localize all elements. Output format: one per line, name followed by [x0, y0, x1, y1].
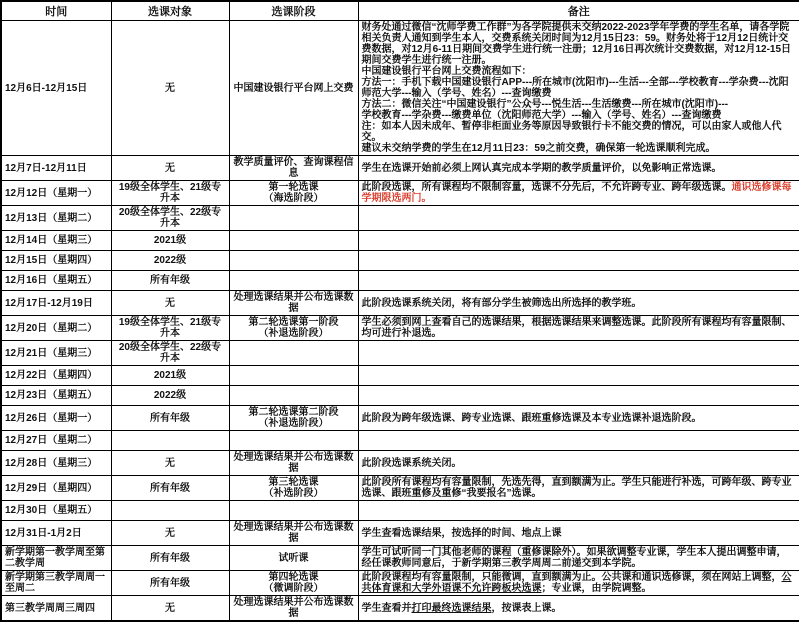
note-segment: 此阶段为跨年级选课、跨专业选课、跟班重修选课及本专业选课补退选阶段。 [362, 413, 702, 424]
phase-cell [229, 431, 358, 451]
time-cell: 12月21日（星期三） [1, 341, 111, 366]
target-cell: 无 [111, 451, 229, 476]
note-cell [358, 271, 799, 291]
target-cell: 所有年级 [111, 571, 229, 596]
note-segment: 此阶段选课，所有课程均不限制容量，选课不分先后，不允许跨专业、跨年级选课。 [362, 182, 732, 193]
header-row: 时间 选课对象 选课阶段 备注 [1, 1, 799, 21]
phase-cell: 第四轮选课 （微调阶段） [229, 571, 358, 596]
time-cell: 新学期第一教学周至第二教学周 [1, 546, 111, 571]
time-cell: 12月17日-12月19日 [1, 291, 111, 316]
table-row: 12月21日（星期三）20级全体学生、22级专升本 [1, 341, 799, 366]
phase-cell [229, 341, 358, 366]
time-cell: 12月29日（星期四） [1, 476, 111, 501]
target-cell: 20级全体学生、22级专升本 [111, 341, 229, 366]
col-header-note: 备注 [358, 1, 799, 21]
col-header-target: 选课对象 [111, 1, 229, 21]
note-segment: 学生查看并 [362, 603, 412, 614]
target-cell [111, 431, 229, 451]
course-selection-schedule-page: 时间 选课对象 选课阶段 备注 12月6日-12月15日无中国建设银行平台网上交… [0, 0, 799, 622]
note-segment: 打印最终选课结果 [412, 603, 492, 614]
target-cell: 20级全体学生、22级专升本 [111, 206, 229, 231]
time-cell: 12月23日（星期五） [1, 386, 111, 406]
note-cell: 此阶段为跨年级选课、跨专业选课、跟班重修选课及本专业选课补退选阶段。 [358, 406, 799, 431]
note-cell [358, 231, 799, 251]
time-cell: 第三教学周周三周四 [1, 596, 111, 622]
target-cell: 19级全体学生、21级专升本 [111, 181, 229, 206]
note-segment: ；专业课，由学院调整。 [542, 583, 652, 594]
note-cell: 财务处通过微信“沈师学费工作群”为各学院提供未交纳2022-2023学年学费的学… [358, 21, 799, 156]
target-cell: 无 [111, 156, 229, 181]
table-row: 12月12日（星期一）19级全体学生、21级专升本第一轮选课 （海选阶段）此阶段… [1, 181, 799, 206]
table-row: 12月31日-1月2日无处理选课结果并公布选课数据学生查看选课结果，按选择的时间… [1, 521, 799, 546]
phase-cell: 处理选课结果并公布选课数据 [229, 521, 358, 546]
phase-cell: 处理选课结果并公布选课数据 [229, 291, 358, 316]
table-row: 12月28日（星期三）无处理选课结果并公布选课数据此阶段选课系统关闭。 [1, 451, 799, 476]
note-cell [358, 366, 799, 386]
phase-cell [229, 386, 358, 406]
note-segment: 此阶段选课系统关闭。 [362, 458, 462, 469]
note-segment: 学生在选课开始前必须上网认真完成本学期的教学质量评价，以免影响正常选课。 [362, 163, 722, 174]
col-header-phase: 选课阶段 [229, 1, 358, 21]
note-segment: 此阶段所有课程均有容量限制，先选先得，直到额满为止。学生只能进行补选，可跨年级、… [362, 477, 792, 499]
target-cell: 19级全体学生、21级专升本 [111, 316, 229, 341]
note-segment: 此阶段选课系统关闭，将有部分学生被筛选出所选择的教学班。 [362, 298, 642, 309]
note-cell [358, 341, 799, 366]
time-cell: 12月12日（星期一） [1, 181, 111, 206]
table-row: 12月26日（星期一）所有年级第二轮选课第二阶段 （补退选阶段）此阶段为跨年级选… [1, 406, 799, 431]
phase-cell: 试听课 [229, 546, 358, 571]
time-cell: 12月13日（星期二） [1, 206, 111, 231]
phase-cell: 第二轮选课第一阶段 （补退选阶段） [229, 316, 358, 341]
note-cell: 学生查看选课结果，按选择的时间、地点上课 [358, 521, 799, 546]
table-row: 新学期第三教学周周一至周二所有年级第四轮选课 （微调阶段）此阶段课程均有容量限制… [1, 571, 799, 596]
note-cell [358, 206, 799, 231]
table-row: 12月13日（星期二）20级全体学生、22级专升本 [1, 206, 799, 231]
note-cell [358, 501, 799, 521]
table-row: 12月29日（星期四）所有年级第三轮选课 （补选阶段）此阶段所有课程均有容量限制… [1, 476, 799, 501]
table-row: 12月14日（星期三）2021级 [1, 231, 799, 251]
phase-cell [229, 366, 358, 386]
note-cell: 学生可试听同一门其他老师的课程（重修课除外）。如果欲调整专业课，学生本人提出调整… [358, 546, 799, 571]
table-row: 第三教学周周三周四无处理选课结果并公布选课数据学生查看并打印最终选课结果，按课表… [1, 596, 799, 622]
target-cell: 所有年级 [111, 406, 229, 431]
time-cell: 12月6日-12月15日 [1, 21, 111, 156]
note-cell [358, 386, 799, 406]
table-row: 12月22日（星期四）2021级 [1, 366, 799, 386]
target-cell: 2022级 [111, 386, 229, 406]
target-cell: 无 [111, 521, 229, 546]
time-cell: 12月7日-12月11日 [1, 156, 111, 181]
target-cell [111, 501, 229, 521]
phase-cell [229, 231, 358, 251]
table-row: 12月30日（星期五） [1, 501, 799, 521]
target-cell: 所有年级 [111, 546, 229, 571]
time-cell: 12月15日（星期四） [1, 251, 111, 271]
phase-cell: 教学质量评价、查询课程信息 [229, 156, 358, 181]
note-cell: 学生在选课开始前必须上网认真完成本学期的教学质量评价，以免影响正常选课。 [358, 156, 799, 181]
note-cell: 此阶段选课，所有课程均不限制容量，选课不分先后，不允许跨专业、跨年级选课。通识选… [358, 181, 799, 206]
phase-cell [229, 206, 358, 231]
note-segment: 学生可试听同一门其他老师的课程（重修课除外）。如果欲调整专业课，学生本人提出调整… [362, 547, 787, 569]
target-cell: 无 [111, 291, 229, 316]
phase-cell: 处理选课结果并公布选课数据 [229, 451, 358, 476]
time-cell: 12月22日（星期四） [1, 366, 111, 386]
time-cell: 12月16日（星期五） [1, 271, 111, 291]
time-cell: 新学期第三教学周周一至周二 [1, 571, 111, 596]
note-cell: 此阶段选课系统关闭。 [358, 451, 799, 476]
table-row: 12月17日-12月19日无处理选课结果并公布选课数据此阶段选课系统关闭，将有部… [1, 291, 799, 316]
phase-cell: 中国建设银行平台网上交费 [229, 21, 358, 156]
table-row: 12月6日-12月15日无中国建设银行平台网上交费财务处通过微信“沈师学费工作群… [1, 21, 799, 156]
time-cell: 12月27日（星期二） [1, 431, 111, 451]
target-cell: 2021级 [111, 231, 229, 251]
table-body: 12月6日-12月15日无中国建设银行平台网上交费财务处通过微信“沈师学费工作群… [1, 21, 799, 622]
note-cell: 此阶段课程均有容量限制，只能微调，直到额满为止。公共课和通识选修课，须在网站上调… [358, 571, 799, 596]
note-cell [358, 251, 799, 271]
note-segment: 学生查看选课结果，按选择的时间、地点上课 [362, 528, 562, 539]
phase-cell [229, 271, 358, 291]
target-cell: 2021级 [111, 366, 229, 386]
time-cell: 12月20日（星期二） [1, 316, 111, 341]
target-cell: 无 [111, 21, 229, 156]
time-cell: 12月26日（星期一） [1, 406, 111, 431]
note-cell: 此阶段所有课程均有容量限制，先选先得，直到额满为止。学生只能进行补选，可跨年级、… [358, 476, 799, 501]
target-cell: 所有年级 [111, 271, 229, 291]
note-cell: 学生查看并打印最终选课结果，按课表上课。 [358, 596, 799, 622]
time-cell: 12月14日（星期三） [1, 231, 111, 251]
note-segment: ，按课表上课。 [492, 603, 562, 614]
phase-cell [229, 251, 358, 271]
note-segment: 学生必须到网上查看自己的选课结果，根据选课结果来调整选课。此阶段所有课程均有容量… [362, 317, 792, 339]
time-cell: 12月31日-1月2日 [1, 521, 111, 546]
note-cell: 学生必须到网上查看自己的选课结果，根据选课结果来调整选课。此阶段所有课程均有容量… [358, 316, 799, 341]
note-segment: 财务处通过微信“沈师学费工作群”为各学院提供未交纳2022-2023学年学费的学… [362, 22, 792, 154]
note-cell [358, 431, 799, 451]
target-cell: 所有年级 [111, 476, 229, 501]
time-cell: 12月30日（星期五） [1, 501, 111, 521]
table-row: 12月16日（星期五）所有年级 [1, 271, 799, 291]
table-row: 12月15日（星期四）2022级 [1, 251, 799, 271]
table-row: 12月27日（星期二） [1, 431, 799, 451]
target-cell: 无 [111, 596, 229, 622]
phase-cell: 第二轮选课第二阶段 （补退选阶段） [229, 406, 358, 431]
note-cell: 此阶段选课系统关闭，将有部分学生被筛选出所选择的教学班。 [358, 291, 799, 316]
phase-cell: 第三轮选课 （补选阶段） [229, 476, 358, 501]
phase-cell: 第一轮选课 （海选阶段） [229, 181, 358, 206]
note-segment: 此阶段课程均有容量限制，只能微调，直到额满为止。公共课和通识选修课，须在网站上调… [362, 572, 782, 583]
time-cell: 12月28日（星期三） [1, 451, 111, 476]
course-selection-schedule-table: 时间 选课对象 选课阶段 备注 12月6日-12月15日无中国建设银行平台网上交… [0, 0, 799, 622]
table-row: 新学期第一教学周至第二教学周所有年级试听课学生可试听同一门其他老师的课程（重修课… [1, 546, 799, 571]
table-row: 12月20日（星期二）19级全体学生、21级专升本第二轮选课第一阶段 （补退选阶… [1, 316, 799, 341]
table-row: 12月7日-12月11日无教学质量评价、查询课程信息学生在选课开始前必须上网认真… [1, 156, 799, 181]
phase-cell: 处理选课结果并公布选课数据 [229, 596, 358, 622]
col-header-time: 时间 [1, 1, 111, 21]
target-cell: 2022级 [111, 251, 229, 271]
table-row: 12月23日（星期五）2022级 [1, 386, 799, 406]
phase-cell [229, 501, 358, 521]
